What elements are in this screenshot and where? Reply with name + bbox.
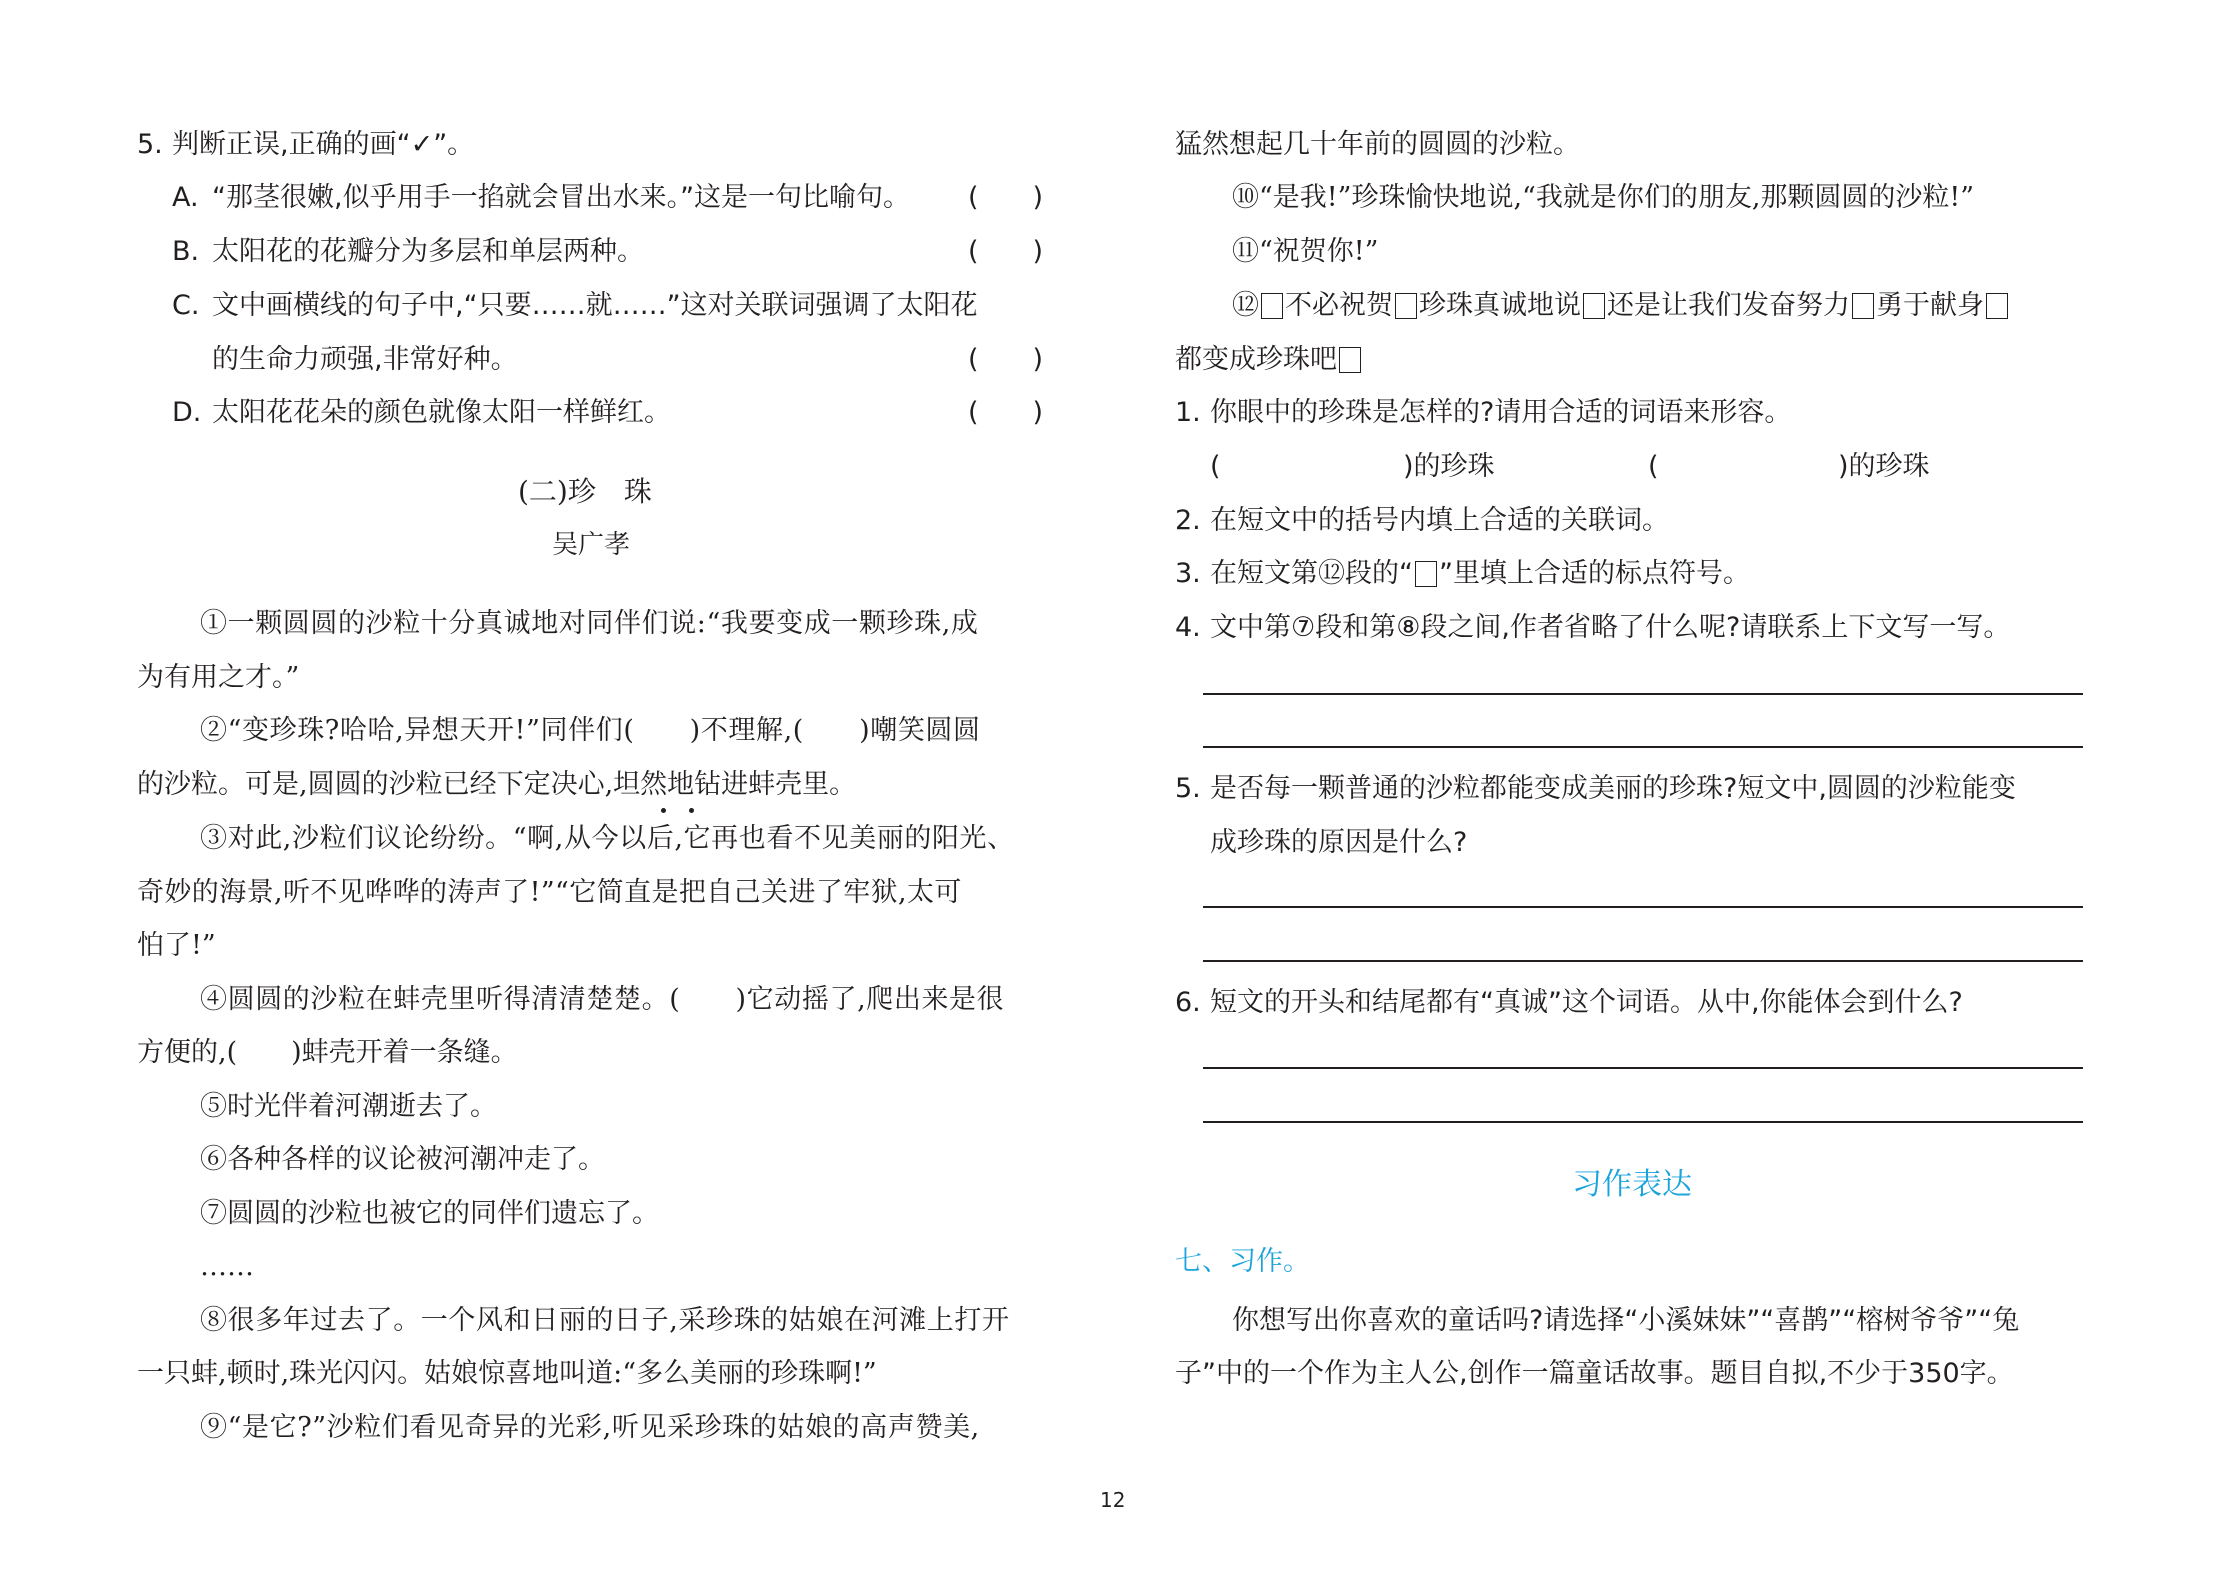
q5-stem: 判断正误,正确的画“✓”。 [172, 128, 474, 162]
q5-option-a-answer[interactable]: ( ) [968, 181, 1043, 215]
story-line: ②“变珍珠?哈哈,异想天开!”同伴们( )不理解,( )嘲笑圆圆 [200, 714, 981, 748]
story-line: ⑧很多年过去了。一个风和日丽的日子,采珍珠的姑娘在河滩上打开 [200, 1304, 1010, 1338]
q5-option-d-label: D. [172, 396, 201, 430]
punctuation-blank-box[interactable] [1986, 293, 2008, 319]
question-text: 你眼中的珍珠是怎样的?请用合适的词语来形容。 [1210, 396, 1791, 430]
answer-line[interactable] [1203, 693, 2083, 695]
paragraph-number: ⑫ [1232, 290, 1259, 321]
q5-option-d-text: 太阳花花朵的颜色就像太阳一样鲜红。 [212, 396, 671, 430]
story-ellipsis: …… [200, 1250, 254, 1284]
answer-line[interactable] [1203, 906, 2083, 908]
punctuation-blank-box[interactable] [1261, 293, 1283, 319]
answer-line[interactable] [1203, 746, 2083, 748]
page-number: 12 [1100, 1488, 1125, 1512]
question-number: 3. [1175, 557, 1201, 591]
answer-line[interactable] [1203, 1067, 2083, 1069]
q5-option-c-text: 文中画横线的句子中,“只要……就……”这对关联词强调了太阳花 [212, 289, 978, 323]
story-line: ⑥各种各样的议论被河潮冲走了。 [200, 1143, 605, 1177]
writing-prompt-line: 你想写出你喜欢的童话吗?请选择“小溪妹妹”“喜鹊”“榕树爷爷”“兔 [1232, 1304, 2019, 1338]
text-segment: 在短文第⑫段的“ [1210, 558, 1413, 589]
story-line: ①一颗圆圆的沙粒十分真诚地对同伴们说:“我要变成一颗珍珠,成 [200, 607, 978, 641]
question-number: 6. [1175, 986, 1201, 1020]
q5-number: 5. [137, 128, 163, 162]
question-text: 在短文第⑫段的“”里填上合适的标点符号。 [1210, 557, 1750, 591]
story-line: ③对此,沙粒们议论纷纷。“啊,从今以后,它再也看不见美丽的阳光、 [200, 822, 1015, 856]
story-paragraph-12: ⑫不必祝贺珍珠真诚地说还是让我们发奋努力勇于献身 [1232, 289, 2010, 323]
q5-option-c-text-cont: 的生命力顽强,非常好种。 [212, 343, 518, 377]
blank-box-icon [1415, 561, 1437, 587]
story-paragraph-10: ⑩“是我!”珍珠愉快地说,“我就是你们的朋友,那颗圆圆的沙粒!” [1232, 181, 1974, 215]
question-number: 1. [1175, 396, 1201, 430]
q5-option-a-text: “那茎很嫩,似乎用手一掐就会冒出水来。”这是一句比喻句。 [212, 181, 910, 215]
q1-blank-close: )的珍珠 [1403, 450, 1495, 484]
answer-line[interactable] [1203, 1121, 2083, 1123]
text-segment: 还是让我们发奋努力 [1607, 290, 1850, 321]
story-line: 猛然想起几十年前的圆圆的沙粒。 [1175, 128, 1580, 162]
emphasis-dot [661, 808, 666, 813]
story-paragraph-12-cont: 都变成珍珠吧 [1175, 343, 1363, 377]
story-line: ⑤时光伴着河潮逝去了。 [200, 1090, 497, 1124]
punctuation-blank-box[interactable] [1395, 293, 1417, 319]
punctuation-blank-box[interactable] [1852, 293, 1874, 319]
question-number: 4. [1175, 611, 1201, 645]
q1-blank-close: )的珍珠 [1838, 450, 1930, 484]
story-line: ④圆圆的沙粒在蚌壳里听得清清楚楚。( )它动摇了,爬出来是很 [200, 983, 1004, 1017]
question-text: 短文的开头和结尾都有“真诚”这个词语。从中,你能体会到什么? [1210, 986, 1963, 1020]
answer-line[interactable] [1203, 960, 2083, 962]
question-text: 是否每一颗普通的沙粒都能变成美丽的珍珠?短文中,圆圆的沙粒能变 [1210, 772, 2016, 806]
q5-option-d-answer[interactable]: ( ) [968, 396, 1043, 430]
story-author: 吴广孝 [552, 528, 630, 562]
story-title: (二)珍 珠 [518, 475, 652, 509]
q1-blank-open[interactable]: ( [1210, 450, 1221, 484]
story-line: 奇妙的海景,听不见哗哗的涛声了!”“它简直是把自己关进了牢狱,太可 [137, 876, 962, 910]
story-line: ⑦圆圆的沙粒也被它的同伴们遗忘了。 [200, 1197, 659, 1231]
q5-option-c-answer[interactable]: ( ) [968, 343, 1043, 377]
question-number: 5. [1175, 772, 1201, 806]
punctuation-blank-box[interactable] [1583, 293, 1605, 319]
story-paragraph-11: ⑪“祝贺你!” [1232, 235, 1378, 269]
q5-option-b-text: 太阳花的花瓣分为多层和单层两种。 [212, 235, 644, 269]
question-text-cont: 成珍珠的原因是什么? [1210, 826, 1467, 860]
punctuation-blank-box[interactable] [1339, 347, 1361, 373]
question-text: 文中第⑦段和第⑧段之间,作者省略了什么呢?请联系上下文写一写。 [1210, 611, 2010, 645]
story-line: 一只蚌,顿时,珠光闪闪。姑娘惊喜地叫道:“多么美丽的珍珠啊!” [137, 1357, 877, 1391]
q5-option-a-label: A. [172, 181, 199, 215]
text-segment: 勇于献身 [1876, 290, 1984, 321]
question-text: 在短文中的括号内填上合适的关联词。 [1210, 504, 1669, 538]
q5-option-b-label: B. [172, 235, 199, 269]
section-title: 习作表达 [1572, 1168, 1692, 1202]
story-line: 怕了!” [137, 929, 216, 963]
writing-prompt-line: 子”中的一个作为主人公,创作一篇童话故事。题目自拟,不少于350字。 [1175, 1357, 2014, 1391]
question-number: 2. [1175, 504, 1201, 538]
text-segment: 珍珠真诚地说 [1419, 290, 1581, 321]
text-segment: 都变成珍珠吧 [1175, 344, 1337, 375]
story-line: 为有用之才。” [137, 661, 299, 695]
emphasis-dot [689, 808, 694, 813]
story-line: 方便的,( )蚌壳开着一条缝。 [137, 1036, 518, 1070]
q5-option-b-answer[interactable]: ( ) [968, 235, 1043, 269]
story-line: ⑨“是它?”沙粒们看见奇异的光彩,听见采珍珠的姑娘的高声赞美, [200, 1411, 980, 1445]
writing-heading: 七、习作。 [1175, 1245, 1310, 1279]
story-line: 的沙粒。可是,圆圆的沙粒已经下定决心,坦然地钻进蚌壳里。 [137, 768, 856, 802]
text-segment: ”里填上合适的标点符号。 [1439, 558, 1750, 589]
text-segment: 不必祝贺 [1285, 290, 1393, 321]
q5-option-c-label: C. [172, 289, 199, 323]
q1-blank-open[interactable]: ( [1648, 450, 1659, 484]
